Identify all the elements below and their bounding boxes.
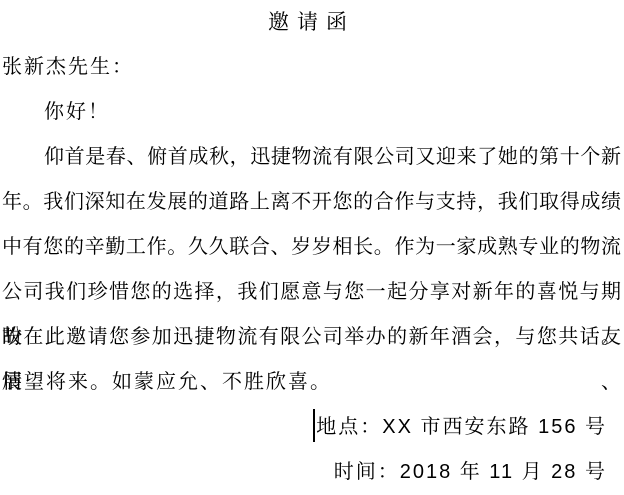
body-line: 公司我们珍惜您的选择，我们愿意与您一起分享对新年的喜悦与期盼。 bbox=[2, 270, 621, 315]
greeting-line: 你好！ bbox=[2, 90, 621, 135]
body-line: 仰首是春、俯首成秋，迅捷物流有限公司又迎来了她的第十个新 bbox=[2, 135, 621, 180]
text-cursor bbox=[313, 409, 315, 442]
body-line: 故在此邀请您参加迅捷物流有限公司举办的新年酒会，与您共话友情、 bbox=[2, 315, 621, 360]
time-text: 时间：2018 年 11 月 28 号 bbox=[334, 461, 607, 483]
body-line: 年。我们深知在发展的道路上离不开您的合作与支持，我们取得成绩 bbox=[2, 180, 621, 225]
body-line: 中有您的辛勤工作。久久联合、岁岁相长。作为一家成熟专业的物流 bbox=[2, 225, 621, 270]
location-text: 地点：XX 市西安东路 156 号 bbox=[316, 416, 607, 438]
time-line: 时间：2018 年 11 月 28 号 bbox=[2, 450, 621, 495]
location-line: 地点：XX 市西安东路 156 号 bbox=[2, 405, 621, 450]
salutation-line: 张新杰先生： bbox=[2, 45, 621, 90]
document-page[interactable]: 邀请函 张新杰先生： 你好！ 仰首是春、俯首成秋，迅捷物流有限公司又迎来了她的第… bbox=[0, 0, 624, 495]
document-title: 邀请函 bbox=[2, 0, 621, 45]
